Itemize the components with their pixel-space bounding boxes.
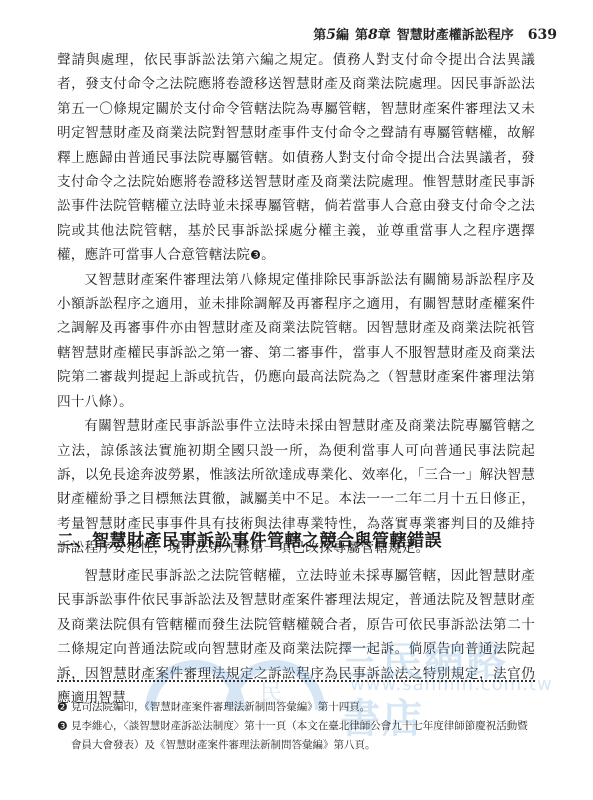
paragraph: 聲請與處理，依民事訴訟法第六編之規定。債務人對支付命令提出合法異議者，發支付命令… [57, 48, 535, 268]
chapter-title: 智慧財產權訴訟程序 [397, 24, 514, 43]
footnote-mark: ❸ [57, 717, 71, 755]
footnotes: ❷ 見司法院編印，《智慧財產案件審理法新制問答彙編》第十四頁。 ❸ 見李維心，〈… [57, 698, 535, 755]
section-body: 智慧財產民事訴訟之法院管轄權，立法時並未採專屬管轄，因此智慧財產民事訴訟事件依民… [57, 564, 535, 710]
footnote-ref[interactable]: ❸ [250, 248, 261, 262]
paragraph: 又智慧財產案件審理法第八條規定僅排除民事訴訟法有關簡易訴訟程序及小額訴訟程序之適… [57, 268, 535, 414]
part-label: 第5編 [313, 24, 349, 43]
section-heading: 二、智慧財產民事訴訟事件管轄之競合與管轄錯誤 [57, 526, 535, 551]
page-number: 639 [528, 27, 557, 43]
paragraph: 智慧財產民事訴訟之法院管轄權，立法時並未採專屬管轄，因此智慧財產民事訴訟事件依民… [57, 564, 535, 710]
footnote-item: ❸ 見李維心，〈談智慧財產訴訟法制度〉第十一頁（本文在臺北律師公會九十七年度律師… [57, 717, 535, 755]
footnote-divider [57, 680, 535, 682]
footnote-item: ❷ 見司法院編印，《智慧財產案件審理法新制問答彙編》第十四頁。 [57, 698, 535, 717]
footnote-mark: ❷ [57, 698, 71, 717]
body-text: 聲請與處理，依民事訴訟法第六編之規定。債務人對支付命令提出合法異議者，發支付命令… [57, 48, 535, 561]
footnote-text: 見李維心，〈談智慧財產訴訟法制度〉第十一頁（本文在臺北律師公會九十七年度律師節慶… [71, 717, 535, 755]
running-header: 第5編 第8章 智慧財產權訴訟程序 639 [313, 24, 557, 42]
chapter-label: 第8章 [355, 24, 391, 43]
footnote-text: 見司法院編印，《智慧財產案件審理法新制問答彙編》第十四頁。 [71, 698, 370, 717]
